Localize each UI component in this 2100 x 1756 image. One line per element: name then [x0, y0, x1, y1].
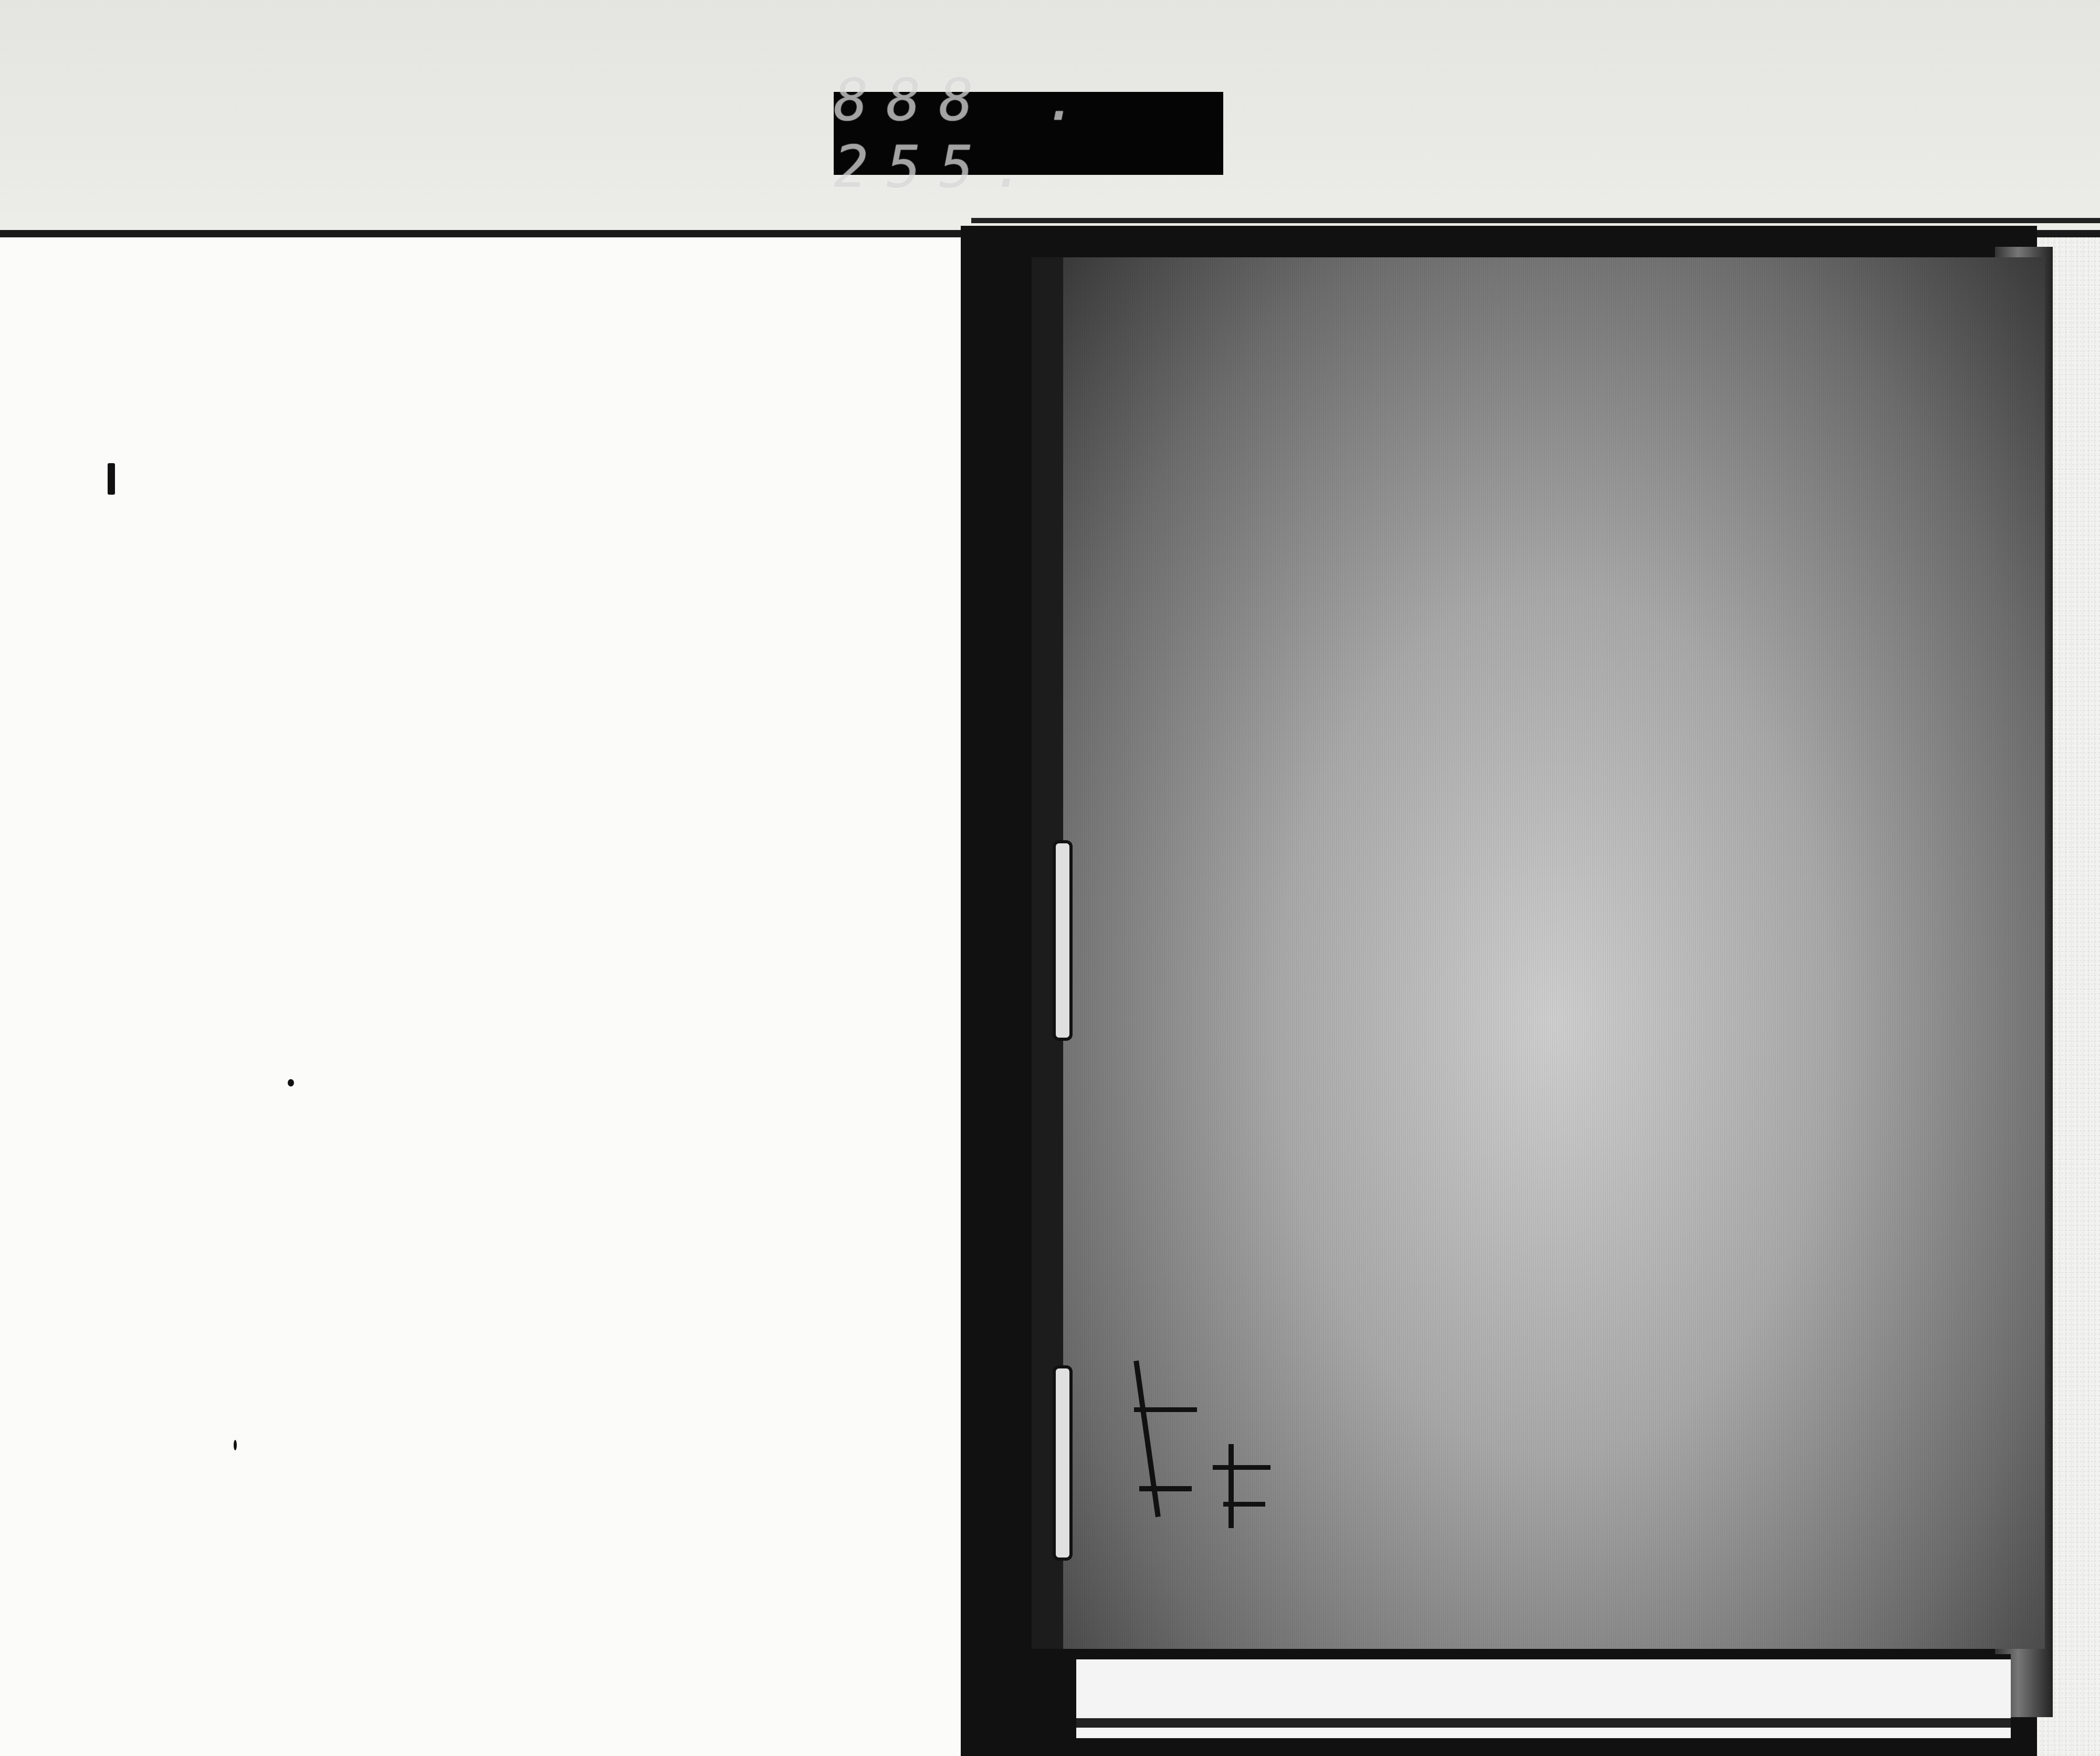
spine-binding-tie: [1053, 1365, 1073, 1561]
page-block: [1076, 1654, 2011, 1738]
handwritten-annotation: [1123, 1329, 1297, 1528]
frame-counter: 888 . 255.: [834, 92, 1223, 175]
dust-speck: [234, 1440, 237, 1450]
dust-speck: [288, 1079, 294, 1086]
frame-counter-text: 888 . 255.: [834, 66, 1223, 201]
blank-left-page: [0, 237, 966, 1756]
spine-binding-tie: [1053, 840, 1073, 1041]
dust-speck: [108, 463, 115, 495]
film-edge-line: [971, 218, 2100, 223]
